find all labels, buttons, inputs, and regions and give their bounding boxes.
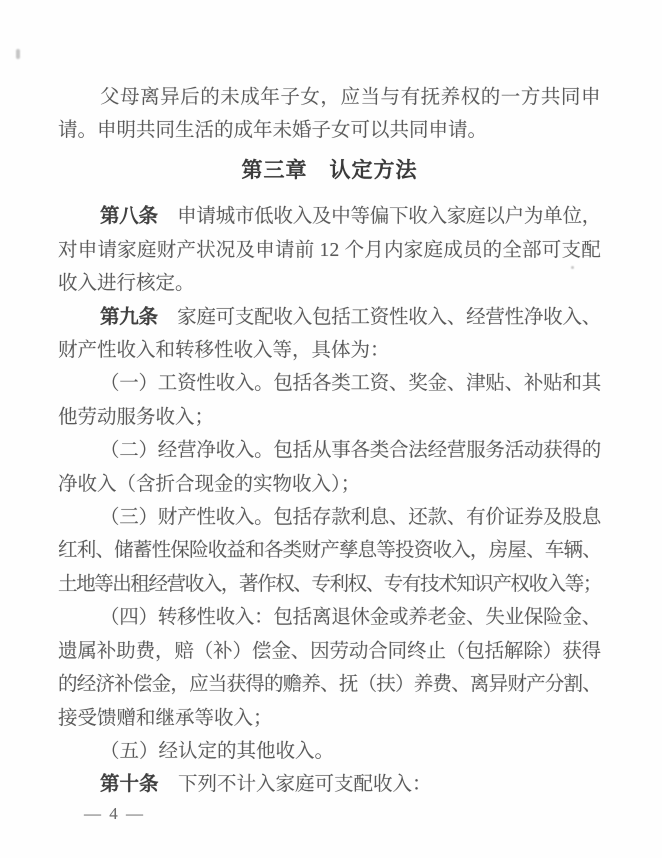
text-line: 父母离异后的未成年子女，应当与有抚养权的一方共同申 <box>58 81 601 114</box>
text-line: 财产性收入和转移性收入等，具体为： <box>58 334 601 367</box>
bold-term: 第八条 <box>100 206 158 227</box>
line-text: 遗属补助费，赔（补）偿金、因劳动合同终止（包括解除）获得 <box>58 635 601 668</box>
line-text: 财产性收入和转移性收入等，具体为： <box>58 334 390 367</box>
text-segment: 他劳动服务收入； <box>58 407 214 428</box>
text-line: 净收入（含折合现金的实物收入）； <box>58 468 601 501</box>
text-segment: 收入进行核定。 <box>58 273 195 294</box>
text-line: 第十条 下列不计入家庭可支配收入： <box>58 768 601 801</box>
line-text: 第八条 申请城市低收入及中等偏下收入家庭以户为单位， <box>100 200 601 233</box>
scanned-document-page: 父母离异后的未成年子女，应当与有抚养权的一方共同申请。申明共同生活的成年未婚子女… <box>0 0 662 858</box>
text-segment: （四）转移性收入：包括离退休金或养老金、失业保险金、 <box>100 607 601 628</box>
document-lines: 父母离异后的未成年子女，应当与有抚养权的一方共同申请。申明共同生活的成年未婚子女… <box>58 81 601 802</box>
line-text: 接受馈赠和继承等收入； <box>58 702 273 735</box>
text-line: 遗属补助费，赔（补）偿金、因劳动合同终止（包括解除）获得 <box>58 635 601 668</box>
text-line: 请。申明共同生活的成年未婚子女可以共同申请。 <box>58 114 601 147</box>
text-segment: （二）经营净收入。包括从事各类合法经营服务活动获得的 <box>100 440 601 461</box>
text-line: 他劳动服务收入； <box>58 401 601 434</box>
text-segment: 家庭可支配收入包括工资性收入、经营性净收入、 <box>158 307 601 328</box>
text-line: （二）经营净收入。包括从事各类合法经营服务活动获得的 <box>58 434 601 467</box>
line-text: 第十条 下列不计入家庭可支配收入： <box>100 768 432 801</box>
line-text: （五）经认定的其他收入。 <box>100 735 334 768</box>
text-segment: 对申请家庭财产状况及申请前 12 个月内家庭成员的全部可支配 <box>58 240 601 261</box>
line-text: 对申请家庭财产状况及申请前 12 个月内家庭成员的全部可支配 <box>58 234 601 267</box>
bold-term: 第十条 <box>100 774 159 795</box>
line-text: 父母离异后的未成年子女，应当与有抚养权的一方共同申 <box>100 81 601 114</box>
line-text: （二）经营净收入。包括从事各类合法经营服务活动获得的 <box>100 434 601 467</box>
text-line: （一）工资性收入。包括各类工资、奖金、津贴、补贴和其 <box>58 367 601 400</box>
line-text: 请。申明共同生活的成年未婚子女可以共同申请。 <box>58 114 487 147</box>
text-segment: （五）经认定的其他收入。 <box>100 741 334 762</box>
text-segment: 接受馈赠和继承等收入； <box>58 708 273 729</box>
text-line: 的经济补偿金，应当获得的赡养、抚（扶）养费、离异财产分割、 <box>58 668 601 701</box>
text-line: 土地等出租经营收入，著作权、专利权、专有技术知识产权收入等； <box>58 568 601 601</box>
line-text: 净收入（含折合现金的实物收入）； <box>58 468 360 501</box>
line-text: 他劳动服务收入； <box>58 401 214 434</box>
text-segment: 财产性收入和转移性收入等，具体为： <box>58 340 390 361</box>
bold-term: 第三章 认定方法 <box>242 158 418 182</box>
bold-term: 第九条 <box>100 307 158 328</box>
chapter-heading: 第三章 认定方法 <box>58 148 601 193</box>
text-line: 第九条 家庭可支配收入包括工资性收入、经营性净收入、 <box>58 301 601 334</box>
line-text: 的经济补偿金，应当获得的赡养、抚（扶）养费、离异财产分割、 <box>58 668 601 701</box>
scan-artifact <box>16 49 20 59</box>
text-segment: 土地等出租经营收入，著作权、专利权、专有技术知识产权收入等； <box>58 574 601 595</box>
text-line: （三）财产性收入。包括存款利息、还款、有价证券及股息 <box>58 501 601 534</box>
text-line: （四）转移性收入：包括离退休金或养老金、失业保险金、 <box>58 601 601 634</box>
text-segment: （一）工资性收入。包括各类工资、奖金、津贴、补贴和其 <box>100 373 601 394</box>
line-text: 第九条 家庭可支配收入包括工资性收入、经营性净收入、 <box>100 301 601 334</box>
text-line: 收入进行核定。 <box>58 267 601 300</box>
line-text: （一）工资性收入。包括各类工资、奖金、津贴、补贴和其 <box>100 367 601 400</box>
page-number: — 4 — <box>84 804 145 824</box>
text-segment: 父母离异后的未成年子女，应当与有抚养权的一方共同申 <box>100 87 601 108</box>
text-segment: 的经济补偿金，应当获得的赡养、抚（扶）养费、离异财产分割、 <box>58 674 601 695</box>
text-line: （五）经认定的其他收入。 <box>58 735 601 768</box>
line-text: 收入进行核定。 <box>58 267 195 300</box>
line-text: （四）转移性收入：包括离退休金或养老金、失业保险金、 <box>100 601 601 634</box>
text-line: 对申请家庭财产状况及申请前 12 个月内家庭成员的全部可支配 <box>58 234 601 267</box>
line-text: （三）财产性收入。包括存款利息、还款、有价证券及股息 <box>100 501 601 534</box>
text-segment: 申请城市低收入及中等偏下收入家庭以户为单位， <box>158 206 601 227</box>
text-line: 红利、储蓄性保险收益和各类财产孳息等投资收入，房屋、车辆、 <box>58 534 601 567</box>
text-segment: 遗属补助费，赔（补）偿金、因劳动合同终止（包括解除）获得 <box>58 641 601 662</box>
text-segment: 净收入（含折合现金的实物收入）； <box>58 474 360 495</box>
text-segment: 请。申明共同生活的成年未婚子女可以共同申请。 <box>58 120 487 141</box>
line-text: 土地等出租经营收入，著作权、专利权、专有技术知识产权收入等； <box>58 568 601 601</box>
text-line: 接受馈赠和继承等收入； <box>58 702 601 735</box>
line-text: 红利、储蓄性保险收益和各类财产孳息等投资收入，房屋、车辆、 <box>58 534 601 567</box>
text-line: 第八条 申请城市低收入及中等偏下收入家庭以户为单位， <box>58 200 601 233</box>
text-segment: 下列不计入家庭可支配收入： <box>159 774 432 795</box>
line-text: 第三章 认定方法 <box>242 148 418 193</box>
text-segment: 红利、储蓄性保险收益和各类财产孳息等投资收入，房屋、车辆、 <box>58 540 601 561</box>
text-segment: （三）财产性收入。包括存款利息、还款、有价证券及股息 <box>100 507 601 528</box>
